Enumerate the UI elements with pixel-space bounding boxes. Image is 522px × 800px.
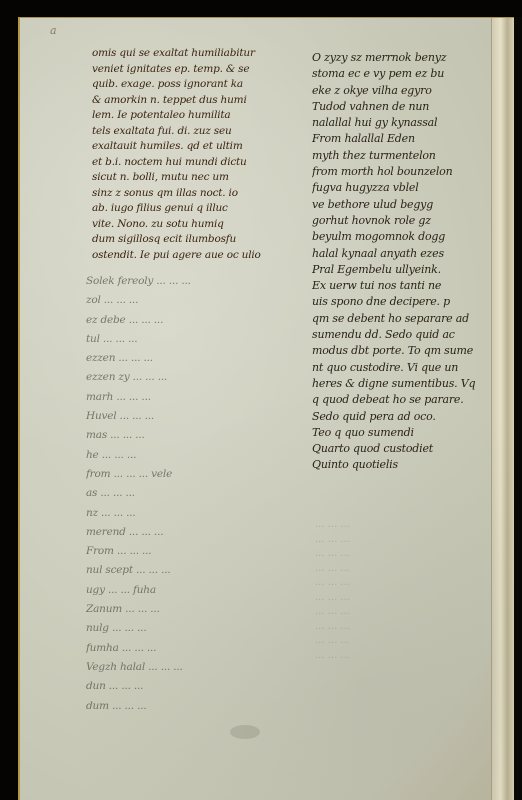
text-line: sinz z sonus qm illas noct. io [92,186,304,202]
text-line: marh ... ... ... [86,388,296,407]
text-line: tul ... ... ... [86,330,296,349]
binding-spine [514,17,522,800]
text-line: dum ... ... ... [86,697,296,716]
text-line: ... ... ... [315,518,485,533]
text-line: beyulm mogomnok dogg [312,229,492,245]
text-line: exaltauit humiles. qd et ultim [92,139,304,155]
text-line: ... ... ... [315,649,485,664]
text-line: ugy ... ... fuha [86,581,296,600]
text-line: from ... ... ... vele [86,465,296,484]
text-line: modus dbt porte. To qm sume [312,343,492,359]
text-line: q quod debeat ho se parare. [312,392,492,408]
text-line: dum sigillosq ecit ilumbosfu [92,232,304,248]
text-line: ... ... ... [315,547,485,562]
text-line: ... ... ... [315,605,485,620]
text-line: Huvel ... ... ... [86,407,296,426]
text-line: Vegzh halal ... ... ... [86,658,296,677]
text-line: sumendu dd. Sedo quid ac [312,327,492,343]
text-line: ... ... ... [315,591,485,606]
text-line: Pral Egembelu ullyeink. [312,262,492,278]
text-line: ve bethore ulud begyg [312,197,492,213]
text-line: fumha ... ... ... [86,639,296,658]
column-left-lower-faded: Solek fereoly ... ... ...zol ... ... ...… [86,272,296,716]
stain [230,725,260,739]
text-line: as ... ... ... [86,484,296,503]
text-line: sicut n. bolli, mutu nec um [92,170,304,186]
text-line: stoma ec e vy pem ez bu [312,66,492,82]
text-line: tels exaltata fui. di. zuz seu [92,124,304,140]
text-line: fugva hugyzza vblel [312,180,492,196]
text-line: ezzen ... ... ... [86,349,296,368]
text-line: gorhut hovnok role gz [312,213,492,229]
text-line: merend ... ... ... [86,523,296,542]
text-line: vite. Nono. zu sotu humiq [92,217,304,233]
text-line: ab. iugo filius genui q illuc [92,201,304,217]
text-line: ... ... ... [315,634,485,649]
text-line: ... ... ... [315,562,485,577]
text-line: nulg ... ... ... [86,619,296,638]
text-line: ... ... ... [315,533,485,548]
text-line: dun ... ... ... [86,677,296,696]
text-line: uis spono dne decipere. p [312,294,492,310]
text-line: myth thez turmentelon [312,148,492,164]
folio-mark: a [50,24,57,37]
text-line: ez debe ... ... ... [86,311,296,330]
text-line: from morth hol bounzelon [312,164,492,180]
text-line: nz ... ... ... [86,504,296,523]
text-line: & amorkin n. teppet dus humi [92,93,304,109]
text-line: veniet ignitates ep. temp. & se [92,62,304,78]
column-right: O zyzy sz merrnok benyzstoma ec e vy pem… [312,50,492,474]
text-line: Solek fereoly ... ... ... [86,272,296,291]
page-fold-edge [491,18,514,800]
text-line: heres & digne sumentibus. Vq [312,376,492,392]
text-line: Ex uerw tui nos tanti ne [312,278,492,294]
text-line: Teo q quo sumendi [312,425,492,441]
text-line: qm se debent ho separare ad [312,311,492,327]
text-line: eke z okye vilha egyro [312,83,492,99]
text-line: From ... ... ... [86,542,296,561]
text-line: lem. Ie potentaleo humilita [92,108,304,124]
text-line: ostendit. Ie pui agere aue oc ulio [92,248,304,264]
text-line: Zanum ... ... ... [86,600,296,619]
text-line: Quinto quotielis [312,457,492,473]
text-line: he ... ... ... [86,446,296,465]
text-line: O zyzy sz merrnok benyz [312,50,492,66]
text-line: zol ... ... ... [86,291,296,310]
text-line: Tudod vahnen de nun [312,99,492,115]
text-line: nt quo custodire. Vi que un [312,360,492,376]
text-line: ezzen zy ... ... ... [86,368,296,387]
text-line: Quarto quod custodiet [312,441,492,457]
column-left-upper: omis qui se exaltat humiliabiturveniet i… [92,46,304,263]
text-line: ... ... ... [315,576,485,591]
text-line: omis qui se exaltat humiliabitur [92,46,304,62]
bleed-through-text: ... ... ...... ... ...... ... ...... ...… [315,518,485,663]
text-line: ... ... ... [315,620,485,635]
text-line: et b.i. noctem hui mundi dictu [92,155,304,171]
text-line: mas ... ... ... [86,426,296,445]
text-line: Sedo quid pera ad oco. [312,409,492,425]
text-line: quib. exage. poss ignorant ka [92,77,304,93]
text-line: nalallal hui gy kynassal [312,115,492,131]
text-line: From halallal Eden [312,131,492,147]
text-line: halal kynaal anyath ezes [312,246,492,262]
text-line: nul scept ... ... ... [86,561,296,580]
